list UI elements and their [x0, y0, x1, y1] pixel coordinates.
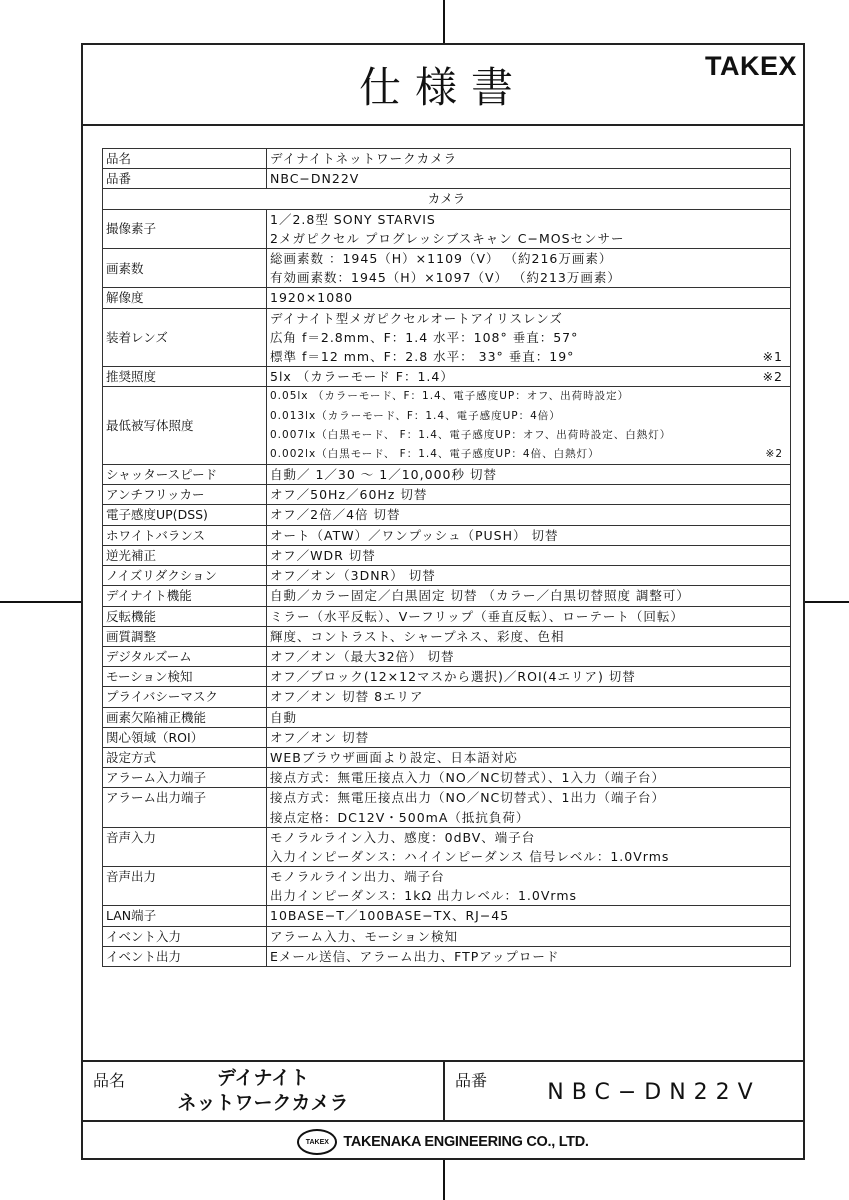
- spec-value: 自動／カラー固定／白黒固定 切替 （カラー／白黒切替照度 調整可）: [267, 586, 791, 606]
- table-row: 品名デイナイトネットワークカメラ: [103, 149, 791, 169]
- spec-value-text: 輝度、コントラスト、シャープネス、彩度、色相: [270, 627, 565, 646]
- spec-value-text: 0.002lx（白黒モード、 F：1.4、電子感度UP：4倍、白熱灯）: [270, 445, 600, 464]
- spec-label: モーション検知: [103, 667, 267, 687]
- spec-value: 総画素数 ：1945（H）×1109（V） （約216万画素）有効画素数：194…: [267, 248, 791, 287]
- spec-value-text: 出力インピーダンス：1kΩ 出力レベル：1.0Vrms: [270, 886, 577, 905]
- spec-value: オフ／WDR 切替: [267, 545, 791, 565]
- table-row: イベント出力Eメール送信、アラーム出力、FTPアップロード: [103, 946, 791, 966]
- spec-sheet-frame: 仕様書 TAKEX 品名デイナイトネットワークカメラ品番NBC−DN22Vカメラ…: [81, 43, 805, 1160]
- spec-value-text: デイナイトネットワークカメラ: [270, 149, 457, 168]
- spec-label: アラーム出力端子: [103, 788, 267, 827]
- title-block: 品名 デイナイト ネットワークカメラ 品番 NBC−DN22V TAKEX TA…: [83, 1060, 803, 1160]
- spec-value-line: 有効画素数：1945（H）×1097（V） （約213万画素）: [270, 268, 787, 287]
- spec-value: 接点方式：無電圧接点入力（NO／NC切替式）、1入力（端子台）: [267, 768, 791, 788]
- spec-value-line: オフ／オン（最大32倍） 切替: [270, 647, 787, 666]
- spec-value-text: モノラルライン出力、端子台: [270, 867, 445, 886]
- table-row: ノイズリダクションオフ／オン（3DNR） 切替: [103, 566, 791, 586]
- right-middle-tick: [805, 601, 849, 603]
- spec-label: シャッタースピード: [103, 465, 267, 485]
- table-row: デイナイト機能自動／カラー固定／白黒固定 切替 （カラー／白黒切替照度 調整可）: [103, 586, 791, 606]
- spec-label: ホワイトバランス: [103, 525, 267, 545]
- footnote-mark: ※1: [763, 347, 787, 366]
- spec-value-text: 10BASE−T／100BASE−TX、RJ−45: [270, 906, 509, 925]
- spec-label: デジタルズーム: [103, 646, 267, 666]
- spec-value-text: オフ／オン（3DNR） 切替: [270, 566, 436, 585]
- spec-value: モノラルライン入力、感度：0dBV、端子台入力インピーダンス：ハイインピーダンス…: [267, 827, 791, 866]
- table-row: 画素数総画素数 ：1945（H）×1109（V） （約216万画素）有効画素数：…: [103, 248, 791, 287]
- spec-value: デイナイト型メガピクセルオートアイリスレンズ広角 f＝2.8mm、F：1.4 水…: [267, 308, 791, 367]
- spec-label: 反転機能: [103, 606, 267, 626]
- spec-label: 画質調整: [103, 626, 267, 646]
- spec-value-line: 広角 f＝2.8mm、F：1.4 水平：108° 垂直：57°: [270, 328, 787, 347]
- spec-value: 接点方式：無電圧接点出力（NO／NC切替式）、1出力（端子台）接点定格：DC12…: [267, 788, 791, 827]
- table-row: 装着レンズデイナイト型メガピクセルオートアイリスレンズ広角 f＝2.8mm、F：…: [103, 308, 791, 367]
- table-row: 設定方式WEBブラウザ画面より設定、日本語対応: [103, 747, 791, 767]
- table-row: 音声出力モノラルライン出力、端子台出力インピーダンス：1kΩ 出力レベル：1.0…: [103, 867, 791, 906]
- spec-value-line: オフ／オン 切替 8エリア: [270, 687, 787, 706]
- spec-value-line: 出力インピーダンス：1kΩ 出力レベル：1.0Vrms: [270, 886, 787, 905]
- spec-value: オフ／オン 切替 8エリア: [267, 687, 791, 707]
- spec-value-line: モノラルライン出力、端子台: [270, 867, 787, 886]
- spec-value-text: 1／2.8型 SONY STARVIS: [270, 210, 436, 229]
- document-title: 仕様書: [83, 55, 803, 115]
- spec-value-line: 0.013lx（カラーモード、F：1.4、電子感度UP：4倍）: [270, 407, 787, 426]
- spec-table: 品名デイナイトネットワークカメラ品番NBC−DN22Vカメラ撮像素子1／2.8型…: [102, 148, 791, 967]
- brand-logo: TAKEX: [705, 51, 797, 82]
- spec-value-text: 0.013lx（カラーモード、F：1.4、電子感度UP：4倍）: [270, 407, 561, 426]
- spec-value-text: 0.05lx （カラーモード、F：1.4、電子感度UP：オフ、出荷時設定）: [270, 387, 629, 406]
- spec-value-line: 5lx （カラーモード F：1.4）※2: [270, 367, 787, 386]
- spec-value-text: オフ／WDR 切替: [270, 546, 376, 565]
- table-row: 電子感度UP(DSS)オフ／2倍／4倍 切替: [103, 505, 791, 525]
- table-row: 反転機能ミラー（水平反転）、Vーフリップ（垂直反転）、ローテート（回転）: [103, 606, 791, 626]
- spec-value-text: 標準 f＝12 mm、F：2.8 水平： 33° 垂直：19°: [270, 347, 574, 366]
- spec-value-line: 自動／カラー固定／白黒固定 切替 （カラー／白黒切替照度 調整可）: [270, 586, 787, 605]
- spec-value-line: 接点方式：無電圧接点出力（NO／NC切替式）、1出力（端子台）: [270, 788, 787, 807]
- spec-label: ノイズリダクション: [103, 566, 267, 586]
- spec-value: 10BASE−T／100BASE−TX、RJ−45: [267, 906, 791, 926]
- spec-label: デイナイト機能: [103, 586, 267, 606]
- table-row: 撮像素子1／2.8型 SONY STARVIS2メガピクセル プログレッシブスキ…: [103, 209, 791, 248]
- spec-value-text: 1920×1080: [270, 288, 353, 307]
- table-row: デジタルズームオフ／オン（最大32倍） 切替: [103, 646, 791, 666]
- left-middle-tick: [0, 601, 81, 603]
- spec-label: 音声出力: [103, 867, 267, 906]
- spec-value-line: 1／2.8型 SONY STARVIS: [270, 210, 787, 229]
- table-row: アンチフリッカーオフ／50Hz／60Hz 切替: [103, 485, 791, 505]
- spec-value-line: デイナイト型メガピクセルオートアイリスレンズ: [270, 309, 787, 328]
- spec-value: 自動: [267, 707, 791, 727]
- table-row: 解像度1920×1080: [103, 288, 791, 308]
- spec-value-text: 自動: [270, 708, 297, 727]
- spec-value-text: 接点方式：無電圧接点入力（NO／NC切替式）、1入力（端子台）: [270, 768, 665, 787]
- spec-value: 自動／ 1／30 〜 1／10,000秒 切替: [267, 465, 791, 485]
- spec-value-line: 2メガピクセル プログレッシブスキャン C−MOSセンサー: [270, 229, 787, 248]
- spec-value-line: 10BASE−T／100BASE−TX、RJ−45: [270, 906, 787, 925]
- spec-value-text: オフ／2倍／4倍 切替: [270, 505, 401, 524]
- spec-value: オフ／オン 切替: [267, 727, 791, 747]
- table-row: 画質調整輝度、コントラスト、シャープネス、彩度、色相: [103, 626, 791, 646]
- spec-value-line: 入力インピーダンス：ハイインピーダンス 信号レベル：1.0Vrms: [270, 847, 787, 866]
- spec-value: モノラルライン出力、端子台出力インピーダンス：1kΩ 出力レベル：1.0Vrms: [267, 867, 791, 906]
- spec-label: 電子感度UP(DSS): [103, 505, 267, 525]
- spec-value-line: オフ／オン（3DNR） 切替: [270, 566, 787, 585]
- bottom-center-tick: [443, 1160, 445, 1200]
- spec-value-line: 自動: [270, 708, 787, 727]
- spec-value-line: 標準 f＝12 mm、F：2.8 水平： 33° 垂直：19°※1: [270, 347, 787, 366]
- spec-value: 5lx （カラーモード F：1.4）※2: [267, 367, 791, 387]
- table-row: アラーム入力端子接点方式：無電圧接点入力（NO／NC切替式）、1入力（端子台）: [103, 768, 791, 788]
- spec-label: 撮像素子: [103, 209, 267, 248]
- footnote-mark: ※2: [766, 445, 787, 464]
- spec-value-text: 接点方式：無電圧接点出力（NO／NC切替式）、1出力（端子台）: [270, 788, 665, 807]
- spec-label: 画素欠陥補正機能: [103, 707, 267, 727]
- spec-value: Eメール送信、アラーム出力、FTPアップロード: [267, 946, 791, 966]
- table-row: LAN端子10BASE−T／100BASE−TX、RJ−45: [103, 906, 791, 926]
- spec-value-line: 0.002lx（白黒モード、 F：1.4、電子感度UP：4倍、白熱灯）※2: [270, 445, 787, 464]
- product-number-label: 品番: [455, 1068, 487, 1091]
- table-row: ホワイトバランスオート（ATW）／ワンプッシュ（PUSH） 切替: [103, 525, 791, 545]
- spec-label: 音声入力: [103, 827, 267, 866]
- table-row: 関心領域（ROI）オフ／オン 切替: [103, 727, 791, 747]
- spec-value-text: 2メガピクセル プログレッシブスキャン C−MOSセンサー: [270, 229, 625, 248]
- spec-label: プライバシーマスク: [103, 687, 267, 707]
- spec-value-text: アラーム入力、モーション検知: [270, 927, 458, 946]
- product-name-label: 品名: [93, 1068, 125, 1091]
- spec-value-line: 自動／ 1／30 〜 1／10,000秒 切替: [270, 465, 787, 484]
- spec-value-text: 入力インピーダンス：ハイインピーダンス 信号レベル：1.0Vrms: [270, 847, 669, 866]
- spec-value-text: 自動／ 1／30 〜 1／10,000秒 切替: [270, 465, 497, 484]
- product-name-value: デイナイト ネットワークカメラ: [143, 1066, 383, 1116]
- spec-value-line: オフ／2倍／4倍 切替: [270, 505, 787, 524]
- spec-value-line: オフ／ブロック(12×12マスから選択)／ROI(4エリア) 切替: [270, 667, 787, 686]
- table-row: イベント入力アラーム入力、モーション検知: [103, 926, 791, 946]
- table-row: アラーム出力端子接点方式：無電圧接点出力（NO／NC切替式）、1出力（端子台）接…: [103, 788, 791, 827]
- spec-value: オフ／50Hz／60Hz 切替: [267, 485, 791, 505]
- spec-value-text: オフ／ブロック(12×12マスから選択)／ROI(4エリア) 切替: [270, 667, 636, 686]
- spec-value-text: Eメール送信、アラーム出力、FTPアップロード: [270, 947, 559, 966]
- spec-value-line: オート（ATW）／ワンプッシュ（PUSH） 切替: [270, 526, 787, 545]
- spec-value: アラーム入力、モーション検知: [267, 926, 791, 946]
- spec-value-text: オフ／オン（最大32倍） 切替: [270, 647, 455, 666]
- spec-label: イベント出力: [103, 946, 267, 966]
- spec-label: 装着レンズ: [103, 308, 267, 367]
- table-row: プライバシーマスクオフ／オン 切替 8エリア: [103, 687, 791, 707]
- product-number-value: NBC−DN22V: [505, 1080, 803, 1105]
- company-block: TAKEX TAKENAKA ENGINEERING CO., LTD.: [83, 1122, 803, 1162]
- spec-value: オート（ATW）／ワンプッシュ（PUSH） 切替: [267, 525, 791, 545]
- footnote-mark: ※2: [763, 367, 787, 386]
- table-row: 最低被写体照度0.05lx （カラーモード、F：1.4、電子感度UP：オフ、出荷…: [103, 387, 791, 465]
- spec-value-text: オフ／50Hz／60Hz 切替: [270, 485, 427, 504]
- table-row: 画素欠陥補正機能自動: [103, 707, 791, 727]
- spec-value-text: 接点定格：DC12V・500mA（抵抗負荷）: [270, 808, 529, 827]
- spec-value-line: モノラルライン入力、感度：0dBV、端子台: [270, 828, 787, 847]
- spec-value-line: ミラー（水平反転）、Vーフリップ（垂直反転）、ローテート（回転）: [270, 607, 787, 626]
- spec-label: 関心領域（ROI）: [103, 727, 267, 747]
- spec-label: 逆光補正: [103, 545, 267, 565]
- spec-value-text: 自動／カラー固定／白黒固定 切替 （カラー／白黒切替照度 調整可）: [270, 586, 690, 605]
- spec-value-line: 輝度、コントラスト、シャープネス、彩度、色相: [270, 627, 787, 646]
- table-row: カメラ: [103, 189, 791, 209]
- spec-value: オフ／ブロック(12×12マスから選択)／ROI(4エリア) 切替: [267, 667, 791, 687]
- spec-label: アラーム入力端子: [103, 768, 267, 788]
- table-row: モーション検知オフ／ブロック(12×12マスから選択)／ROI(4エリア) 切替: [103, 667, 791, 687]
- spec-value-line: オフ／WDR 切替: [270, 546, 787, 565]
- spec-value: 1／2.8型 SONY STARVIS2メガピクセル プログレッシブスキャン C…: [267, 209, 791, 248]
- company-name: TAKENAKA ENGINEERING CO., LTD.: [343, 1134, 588, 1150]
- spec-value: オフ／オン（最大32倍） 切替: [267, 646, 791, 666]
- spec-value: 輝度、コントラスト、シャープネス、彩度、色相: [267, 626, 791, 646]
- spec-value-line: オフ／オン 切替: [270, 728, 787, 747]
- spec-value-line: 総画素数 ：1945（H）×1109（V） （約216万画素）: [270, 249, 787, 268]
- spec-value-text: オート（ATW）／ワンプッシュ（PUSH） 切替: [270, 526, 558, 545]
- spec-value-text: オフ／オン 切替 8エリア: [270, 687, 424, 706]
- spec-label: イベント入力: [103, 926, 267, 946]
- spec-value-text: オフ／オン 切替: [270, 728, 369, 747]
- spec-value-text: 5lx （カラーモード F：1.4）: [270, 367, 454, 386]
- spec-value: 1920×1080: [267, 288, 791, 308]
- table-row: 品番NBC−DN22V: [103, 169, 791, 189]
- spec-label: 解像度: [103, 288, 267, 308]
- sheet-header: 仕様書 TAKEX: [83, 45, 803, 126]
- spec-value-line: オフ／50Hz／60Hz 切替: [270, 485, 787, 504]
- spec-value-text: 広角 f＝2.8mm、F：1.4 水平：108° 垂直：57°: [270, 328, 578, 347]
- spec-label: 最低被写体照度: [103, 387, 267, 465]
- spec-label: アンチフリッカー: [103, 485, 267, 505]
- product-name-line-1: デイナイト: [143, 1066, 383, 1091]
- spec-value-text: デイナイト型メガピクセルオートアイリスレンズ: [270, 309, 563, 328]
- spec-value-line: Eメール送信、アラーム出力、FTPアップロード: [270, 947, 787, 966]
- spec-value-text: NBC−DN22V: [270, 169, 359, 188]
- product-name-line-2: ネットワークカメラ: [143, 1091, 383, 1116]
- spec-value-text: 総画素数 ：1945（H）×1109（V） （約216万画素）: [270, 249, 612, 268]
- spec-value-text: 0.007lx（白黒モード、 F：1.4、電子感度UP：オフ、出荷時設定、白熱灯…: [270, 426, 671, 445]
- spec-value-text: モノラルライン入力、感度：0dBV、端子台: [270, 828, 535, 847]
- spec-value-line: 接点定格：DC12V・500mA（抵抗負荷）: [270, 808, 787, 827]
- product-name-cell: 品名 デイナイト ネットワークカメラ: [83, 1062, 445, 1120]
- spec-value: デイナイトネットワークカメラ: [267, 149, 791, 169]
- product-number-cell: 品番 NBC−DN22V: [445, 1062, 803, 1120]
- spec-label: 設定方式: [103, 747, 267, 767]
- spec-value: NBC−DN22V: [267, 169, 791, 189]
- spec-label: LAN端子: [103, 906, 267, 926]
- spec-value-text: 有効画素数：1945（H）×1097（V） （約213万画素）: [270, 268, 621, 287]
- spec-value: 0.05lx （カラーモード、F：1.4、電子感度UP：オフ、出荷時設定）0.0…: [267, 387, 791, 465]
- table-row: 逆光補正オフ／WDR 切替: [103, 545, 791, 565]
- section-header: カメラ: [103, 189, 791, 209]
- spec-value-line: 0.007lx（白黒モード、 F：1.4、電子感度UP：オフ、出荷時設定、白熱灯…: [270, 426, 787, 445]
- table-row: シャッタースピード自動／ 1／30 〜 1／10,000秒 切替: [103, 465, 791, 485]
- spec-value-line: 1920×1080: [270, 288, 787, 307]
- spec-value: WEBブラウザ画面より設定、日本語対応: [267, 747, 791, 767]
- spec-value-line: NBC−DN22V: [270, 169, 787, 188]
- spec-value: オフ／2倍／4倍 切替: [267, 505, 791, 525]
- table-row: 音声入力モノラルライン入力、感度：0dBV、端子台入力インピーダンス：ハイインピ…: [103, 827, 791, 866]
- spec-value-line: アラーム入力、モーション検知: [270, 927, 787, 946]
- spec-value-line: 接点方式：無電圧接点入力（NO／NC切替式）、1入力（端子台）: [270, 768, 787, 787]
- spec-label: 画素数: [103, 248, 267, 287]
- spec-value-line: 0.05lx （カラーモード、F：1.4、電子感度UP：オフ、出荷時設定）: [270, 387, 787, 406]
- spec-value-text: ミラー（水平反転）、Vーフリップ（垂直反転）、ローテート（回転）: [270, 607, 684, 626]
- table-row: 推奨照度5lx （カラーモード F：1.4）※2: [103, 367, 791, 387]
- top-center-tick: [443, 0, 445, 43]
- spec-label: 品番: [103, 169, 267, 189]
- spec-value: ミラー（水平反転）、Vーフリップ（垂直反転）、ローテート（回転）: [267, 606, 791, 626]
- spec-value-line: WEBブラウザ画面より設定、日本語対応: [270, 748, 787, 767]
- takex-oval-logo-icon: TAKEX: [297, 1129, 337, 1155]
- spec-value-line: デイナイトネットワークカメラ: [270, 149, 787, 168]
- spec-value-text: WEBブラウザ画面より設定、日本語対応: [270, 748, 518, 767]
- spec-label: 品名: [103, 149, 267, 169]
- spec-label: 推奨照度: [103, 367, 267, 387]
- spec-value: オフ／オン（3DNR） 切替: [267, 566, 791, 586]
